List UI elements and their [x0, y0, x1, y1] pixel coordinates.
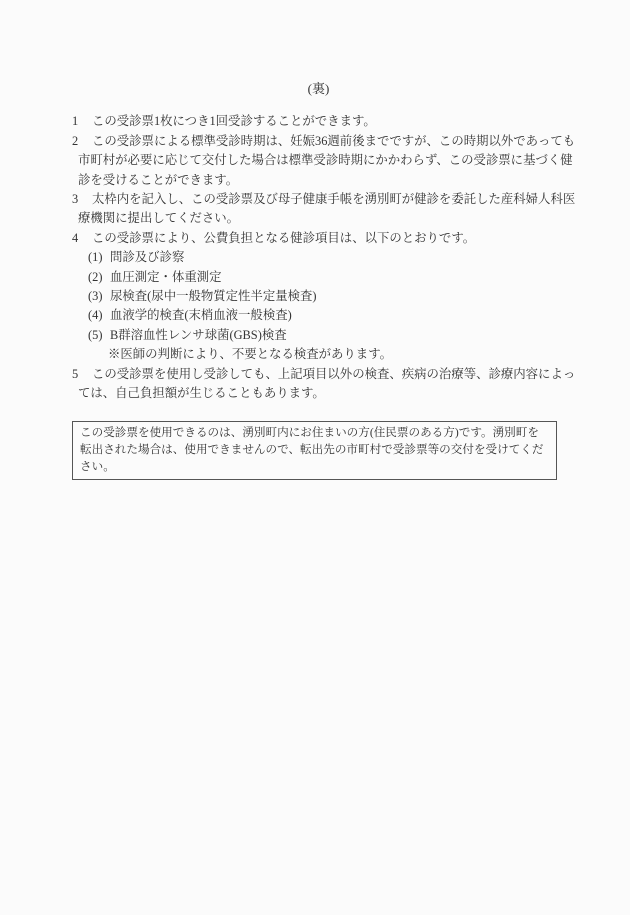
sub-item-text: B群溶血性レンサ球菌(GBS)検査	[110, 328, 287, 342]
sub-list-item-3: (3)尿検査(尿中一般物質定性半定量検査)	[72, 287, 572, 306]
list-item-1: 1この受診票1枚につき1回受診することができます。	[72, 112, 572, 131]
item-number: 3	[72, 190, 92, 209]
item-number: 4	[72, 229, 92, 248]
sub-item-text: 尿検査(尿中一般物質定性半定量検査)	[110, 289, 317, 303]
sub-item-text: 問診及び診察	[110, 250, 184, 264]
sub-item-number: (4)	[88, 306, 110, 325]
document-page: (裏) 1この受診票1枚につき1回受診することができます。 2この受診票による標…	[0, 0, 630, 915]
sub-item-number: (1)	[88, 248, 110, 267]
sub-list-item-2: (2)血圧測定・体重測定	[72, 268, 572, 287]
sub-item-text: 血液学的検査(末梢血液一般検査)	[110, 308, 292, 322]
sub-list-item-4: (4)血液学的検査(末梢血液一般検査)	[72, 306, 572, 325]
list-item-3-continuation: 療機関に提出してください。	[72, 209, 572, 228]
list-item-text: 太枠内を記入し、この受診票及び母子健康手帳を湧別町が健診を委託した産科婦人科医	[92, 192, 575, 206]
list-item-text: この受診票を使用し受診しても、上記項目以外の検査、疾病の治療等、診療内容によっ	[92, 367, 575, 381]
list-item-3: 3太枠内を記入し、この受診票及び母子健康手帳を湧別町が健診を委託した産科婦人科医	[72, 190, 572, 209]
sub-item-text: 血圧測定・体重測定	[110, 270, 222, 284]
sub-list-item-1: (1)問診及び診察	[72, 248, 572, 267]
sub-item-number: (5)	[88, 326, 110, 345]
item-number: 5	[72, 365, 92, 384]
residence-notice-box: この受診票を使用できるのは、湧別町内にお住まいの方(住民票のある方)です。湧別町…	[72, 421, 557, 480]
doctor-judgement-note: ※医師の判断により、不要となる検査があります。	[72, 345, 572, 364]
list-item-2-continuation: 診を受けることができます。	[72, 171, 572, 190]
list-item-5-continuation: ては、自己負担額が生じることもあります。	[72, 384, 572, 403]
sub-item-number: (3)	[88, 287, 110, 306]
item-number: 1	[72, 112, 92, 131]
notice-line: この受診票を使用できるのは、湧別町内にお住まいの方(住民票のある方)です。湧別町…	[80, 424, 548, 441]
list-item-4: 4この受診票により、公費負担となる健診項目は、以下のとおりです。	[72, 229, 572, 248]
list-item-2-continuation: 市町村が必要に応じて交付した場合は標準受診時期にかかわらず、この受診票に基づく健	[72, 151, 572, 170]
item-number: 2	[72, 132, 92, 151]
page-title: (裏)	[72, 79, 565, 98]
notice-line: さい。	[80, 458, 548, 475]
notice-line: 転出された場合は、使用できませんので、転出先の市町村で受診票等の交付を受けてくだ	[80, 441, 548, 458]
list-item-text: この受診票により、公費負担となる健診項目は、以下のとおりです。	[92, 231, 475, 245]
sub-list-item-5: (5)B群溶血性レンサ球菌(GBS)検査	[72, 326, 572, 345]
sub-item-number: (2)	[88, 268, 110, 287]
list-item-text: この受診票による標準受診時期は、妊娠36週前後までですが、この時期以外であっても	[92, 134, 575, 148]
list-item-text: この受診票1枚につき1回受診することができます。	[92, 114, 376, 128]
list-item-5: 5この受診票を使用し受診しても、上記項目以外の検査、疾病の治療等、診療内容によっ	[72, 365, 572, 384]
list-item-2: 2この受診票による標準受診時期は、妊娠36週前後までですが、この時期以外であって…	[72, 132, 572, 151]
